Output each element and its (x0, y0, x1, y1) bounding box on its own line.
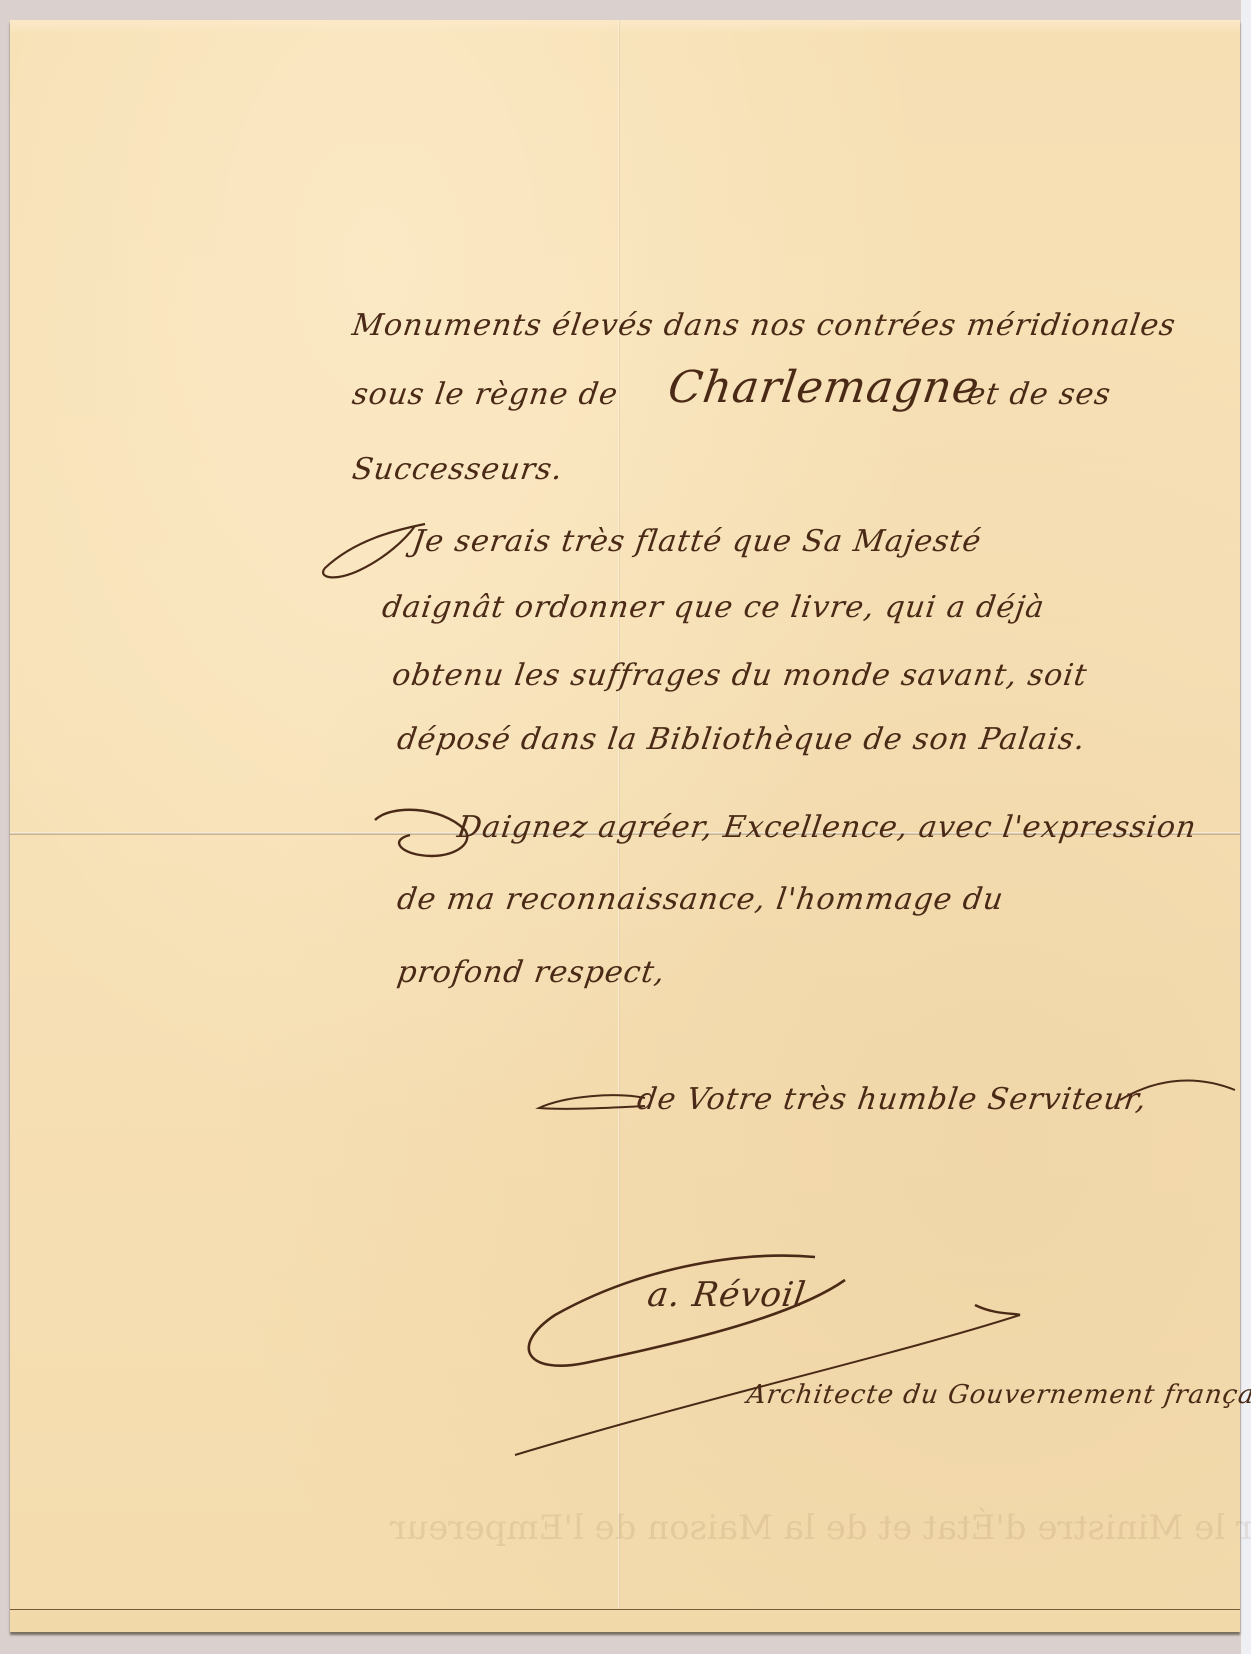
bleed-through-text: Son Excellence Monsieur le Ministre d'Ét… (390, 1508, 1251, 1548)
signature: a. Révoil (645, 1275, 809, 1315)
body-line-6: obtenu les suffrages du monde savant, so… (390, 658, 1090, 693)
signature-title: Architecte du Gouvernement français. (745, 1380, 1251, 1410)
closing-line: de Votre très humble Serviteur, (635, 1082, 1149, 1117)
body-line-2b: et de ses (965, 377, 1113, 412)
body-line-4: Je serais très flatté que Sa Majesté (410, 524, 984, 559)
paper-top-edge (10, 20, 1240, 34)
body-line-7: déposé dans la Bibliothèque de son Palai… (395, 722, 1088, 757)
body-line-2a: sous le règne de (350, 377, 620, 412)
body-line-1: Monuments élevés dans nos contrées mérid… (350, 308, 1178, 343)
body-line-8: Daignez agréer, Excellence, avec l'expre… (455, 810, 1199, 845)
paper-bottom-edge (10, 1609, 1240, 1632)
letter-page: Son Excellence Monsieur le Ministre d'Ét… (10, 20, 1240, 1632)
body-line-10: profond respect, (395, 955, 668, 990)
body-line-5: daignât ordonner que ce livre, qui a déj… (380, 590, 1047, 625)
body-line-3: Successeurs. (350, 452, 565, 487)
body-line-9: de ma reconnaissance, l'hommage du (395, 882, 1006, 917)
body-line-2-charlemagne: Charlemagne (665, 362, 983, 413)
